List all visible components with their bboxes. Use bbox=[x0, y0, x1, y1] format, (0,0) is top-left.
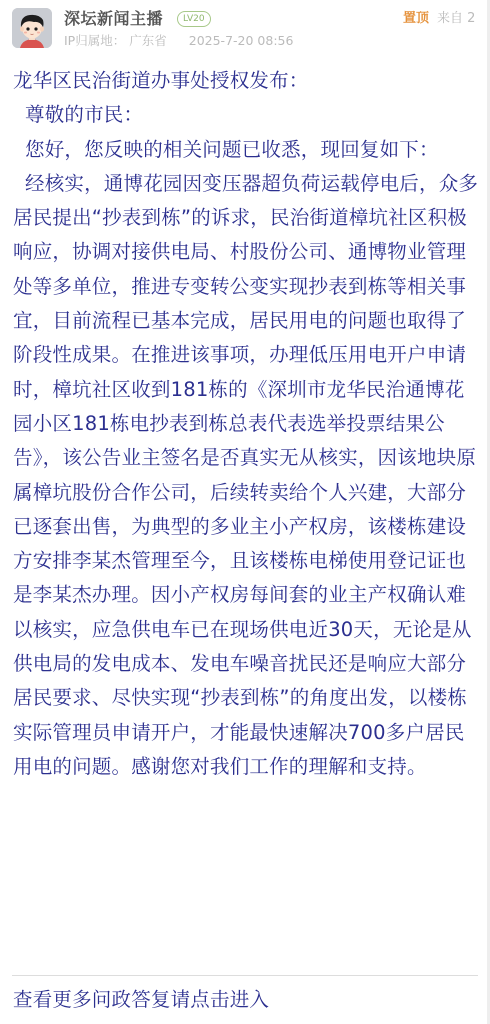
author-name[interactable]: 深坛新闻主播 bbox=[64, 9, 163, 29]
ip-label: IP归属地： bbox=[64, 33, 125, 48]
post-source: 来自 2 bbox=[437, 11, 475, 27]
post-greeting: 您好，您反映的相关问题已收悉，现回复如下： bbox=[13, 133, 479, 167]
post-title-line: 龙华区民治街道办事处授权发布： bbox=[13, 64, 479, 98]
divider bbox=[12, 975, 478, 976]
level-badge: LV20 bbox=[177, 11, 211, 27]
post-timestamp: 2025-7-20 08:56 bbox=[189, 33, 294, 48]
post-header: 深坛新闻主播 LV20 IP归属地：广东省2025-7-20 08:56 置顶 … bbox=[0, 0, 490, 56]
post-meta: IP归属地：广东省2025-7-20 08:56 bbox=[64, 33, 293, 49]
cartoon-boy-avatar-icon bbox=[12, 8, 52, 48]
ip-location: 广东省 bbox=[129, 33, 167, 48]
post-content: 龙华区民治街道办事处授权发布： 尊敬的市民： 您好，您反映的相关问题已收悉，现回… bbox=[13, 64, 479, 784]
post-body: 经核实，通博花园因变压器超负荷运载停电后，众多居民提出“抄表到栋”的诉求，民治街… bbox=[13, 167, 479, 784]
pinned-badge: 置顶 bbox=[403, 11, 429, 27]
post-salutation: 尊敬的市民： bbox=[13, 98, 479, 132]
view-more-replies-link[interactable]: 查看更多问政答复请点击进入 bbox=[13, 985, 269, 1015]
avatar[interactable] bbox=[12, 8, 52, 48]
